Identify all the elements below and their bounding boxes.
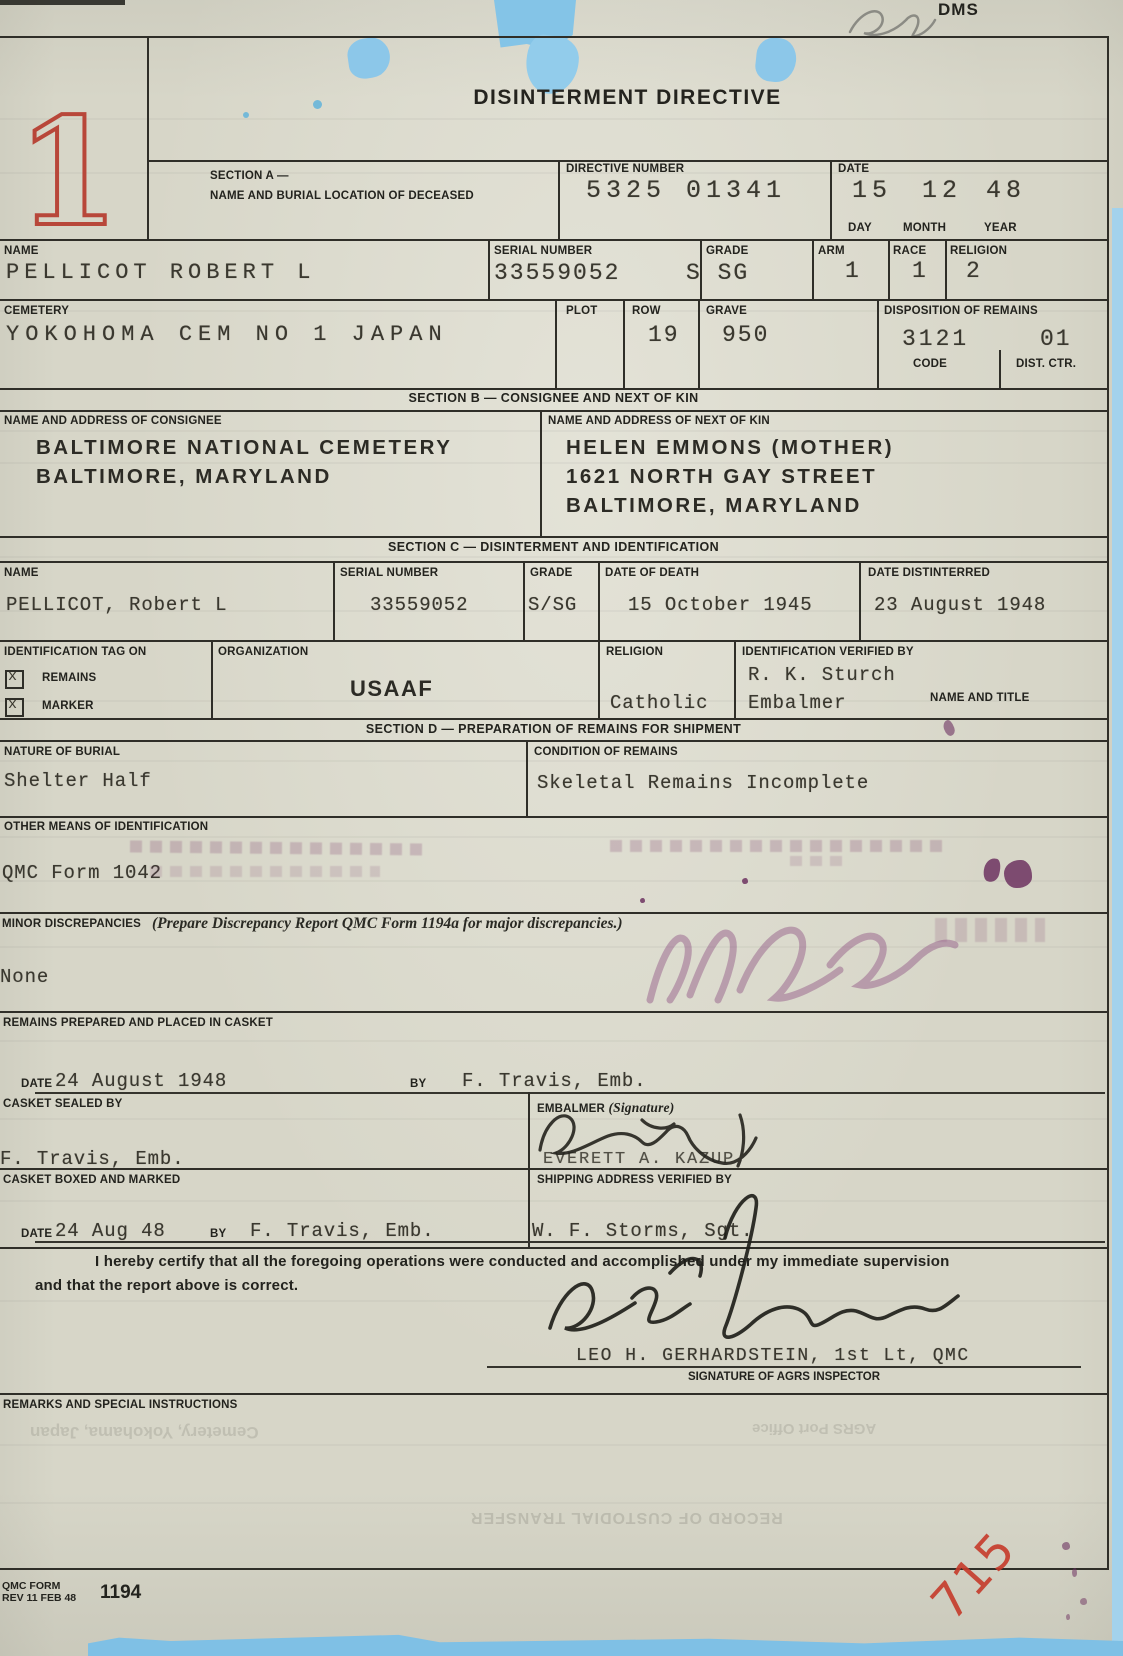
religion-value: 2 [966,258,982,284]
form-rule [0,816,1107,818]
form-rule [999,350,1001,388]
bleed-rule [0,880,1107,882]
prepared-label: REMAINS PREPARED AND PLACED IN CASKET [3,1017,273,1029]
serial-number-label: SERIAL NUMBER [494,245,592,257]
next-of-kin-line: 1621 NORTH GAY STREET [566,465,877,489]
date-of-death-label: DATE OF DEATH [605,567,699,579]
form-rule [888,239,890,299]
next-of-kin-label: NAME AND ADDRESS OF NEXT OF KIN [548,415,770,427]
directive-number-value: 5325 01341 [586,176,786,205]
form-rule [555,299,557,388]
discrepancies-value: None [0,966,49,988]
remains-checkbox-label: REMAINS [42,672,96,684]
date-disinterred-value: 23 August 1948 [874,594,1046,616]
name-value: PELLICOT ROBERT L [6,260,315,285]
next-of-kin-line: HELEN EMMONS (MOTHER) [566,436,894,460]
remains-checkbox-mark: x [8,668,17,685]
form-rule [734,640,736,718]
next-of-kin-line: BALTIMORE, MARYLAND [566,494,862,518]
consignee-label: NAME AND ADDRESS OF CONSIGNEE [4,415,222,427]
prepared-by-value: F. Travis, Emb. [462,1070,647,1092]
inspector-signature-caption: SIGNATURE OF AGRS INSPECTOR [487,1371,1081,1383]
nature-of-burial-value: Shelter Half [4,770,152,792]
form-rule [526,740,528,816]
date-year-value: 48 [986,176,1026,205]
bleed-rule [0,556,1107,558]
consignee-line: BALTIMORE NATIONAL CEMETERY [36,436,452,460]
grave-value: 950 [722,322,769,348]
inspector-typed-name: LEO H. GERHARDSTEIN, 1st Lt, QMC [576,1346,970,1366]
boxed-date-value: 24 Aug 48 [55,1220,166,1242]
red-page-number-stamp: 1 [18,92,118,252]
form-rule [558,160,560,241]
discrepancies-label: MINOR DISCREPANCIES [2,918,141,930]
date-label: DATE [838,163,869,175]
form-rule [487,1366,1081,1368]
blue-tape-right-edge [1112,208,1123,1656]
form-rule [1107,36,1109,1570]
organization-value: USAAF [350,676,433,702]
scan-edge-mark [0,0,125,5]
marker-checkbox-mark: x [8,696,17,713]
section-d-header: SECTION D — PREPARATION OF REMAINS FOR S… [0,722,1107,736]
purple-ink-speck [1066,1614,1070,1620]
purple-stamp-bleed [610,840,950,852]
red-handwritten-number: 715 [920,1521,1027,1631]
dms-code: DMS [938,0,979,20]
bleed-rule [0,462,1107,464]
arm-label: ARM [818,245,845,257]
day-label: DAY [848,222,872,234]
c-name-label: NAME [4,567,39,579]
form-rule [598,561,600,640]
purple-ink-speck [1080,1598,1087,1605]
c-religion-value: Catholic [610,692,708,714]
form-rule [0,239,1107,241]
casket-sealed-value: F. Travis, Emb. [0,1148,185,1170]
serial-number-value: 33559052 [494,260,620,286]
bleed-rule [0,760,1107,762]
form-rule [0,1393,1107,1395]
name-and-title-label: NAME AND TITLE [930,692,1029,704]
form-rule [0,561,1107,563]
purple-scribble [630,905,980,1017]
disposition-code-label: CODE [913,358,947,370]
form-rule [35,1092,1105,1094]
date-day-value: 15 [852,176,892,205]
marker-checkbox-label: MARKER [42,700,94,712]
boxed-by-label: BY [210,1228,226,1240]
other-id-value: QMC Form 1042 [2,862,162,884]
remains-checkbox: x [5,670,24,689]
form-rule [147,36,149,241]
form-title: DISINTERMENT DIRECTIVE [148,86,1107,110]
bleedthrough-text: AGRS Port Office [752,1420,876,1437]
purple-stamp-bleed [130,840,430,855]
section-a-label: SECTION A — [210,170,289,182]
form-rule [211,640,213,718]
form-rule [0,718,1107,720]
form-rule [0,388,1107,390]
verified-by-label: IDENTIFICATION VERIFIED BY [742,646,914,658]
form-rule [523,561,525,640]
section-a-sublabel: NAME AND BURIAL LOCATION OF DECEASED [210,190,474,202]
form-id-line1: QMC FORM [2,1580,76,1592]
purple-ink-speck [1062,1542,1070,1550]
form-number: 1194 [100,1582,141,1604]
purple-stamp-bleed [790,856,850,866]
form-rule [0,740,1107,742]
form-rule [877,299,879,388]
c-serial-label: SERIAL NUMBER [340,567,438,579]
cemetery-value: YOKOHOMA CEM NO 1 JAPAN [6,322,448,347]
grave-label: GRAVE [706,305,747,317]
c-grade-value: S/SG [528,594,577,616]
bleedthrough-text: RECORD OF CUSTODIAL TRANSFER [470,1508,783,1526]
form-rule [0,536,1107,538]
date-month-value: 12 [922,176,962,205]
grade-label: GRADE [706,245,749,257]
form-rule [333,561,335,640]
bleedthrough-text: Cemetery, Yokohama, Japan [30,1422,259,1442]
casket-sealed-label: CASKET SEALED BY [3,1098,123,1110]
form-rule [945,239,947,299]
arm-value: 1 [845,258,861,284]
casket-boxed-label: CASKET BOXED AND MARKED [3,1174,180,1186]
verified-by-title: Embalmer [748,692,846,714]
c-name-value: PELLICOT, Robert L [6,594,227,616]
form-rule [147,160,1107,162]
form-rule [623,299,625,388]
certification-line2: and that the report above is correct. [35,1277,298,1294]
bleed-rule [0,1040,1107,1042]
directive-number-label: DIRECTIVE NUMBER [566,163,684,175]
form-rule [598,640,600,718]
boxed-by-value: F. Travis, Emb. [250,1220,435,1242]
date-disinterred-label: DATE DISTINTERRED [868,567,990,579]
religion-label: RELIGION [950,245,1007,257]
bleed-rule [0,118,1107,120]
blue-tape-drop [345,35,392,80]
form-rule [540,410,542,536]
form-id-block: QMC FORM REV 11 FEB 48 [2,1580,76,1604]
plot-label: PLOT [566,305,597,317]
purple-ink-speck [640,898,645,903]
other-id-label: OTHER MEANS OF IDENTIFICATION [4,821,208,833]
c-serial-value: 33559052 [370,594,468,616]
race-label: RACE [893,245,926,257]
inspector-signature [520,1178,990,1358]
disposition-dist-value: 01 [1040,326,1072,352]
row-value: 19 [648,322,680,348]
nature-of-burial-label: NATURE OF BURIAL [4,746,120,758]
blue-tape-bottom-edge [88,1633,1123,1656]
form-rule [0,1168,1107,1170]
organization-label: ORGANIZATION [218,646,308,658]
name-label: NAME [4,245,39,257]
section-b-header: SECTION B — CONSIGNEE AND NEXT OF KIN [0,391,1107,405]
disposition-code-value: 3121 [902,326,969,352]
marker-checkbox: x [5,698,24,717]
condition-of-remains-label: CONDITION OF REMAINS [534,746,678,758]
consignee-line: BALTIMORE, MARYLAND [36,465,332,489]
form-rule [488,239,490,299]
c-grade-label: GRADE [530,567,573,579]
prepared-date-label: DATE [21,1078,52,1090]
purple-ink-blot [1004,860,1032,888]
form-rule [0,410,1107,412]
prepared-date-value: 24 August 1948 [55,1070,227,1092]
bleed-rule [0,836,1107,838]
prepared-by-label: BY [410,1078,426,1090]
discrepancies-note: (Prepare Discrepancy Report QMC Form 119… [152,915,623,933]
purple-stamp-bleed [150,866,380,877]
scanned-form-page: DMS 1 DISINTERMENT DIRECTIVE SECTION A —… [0,0,1123,1656]
form-rule [812,239,814,299]
form-rule [830,160,832,241]
section-c-header: SECTION C — DISINTERMENT AND IDENTIFICAT… [0,540,1107,554]
remarks-label: REMARKS AND SPECIAL INSTRUCTIONS [3,1399,238,1411]
purple-ink-speck [1072,1568,1077,1577]
boxed-date-label: DATE [21,1228,52,1240]
form-rule [859,561,861,640]
form-rule [0,640,1107,642]
date-of-death-value: 15 October 1945 [628,594,813,616]
race-value: 1 [912,258,928,284]
bleed-rule [0,430,1107,432]
embalmer-signature [532,1100,782,1172]
month-label: MONTH [903,222,946,234]
form-id-line2: REV 11 FEB 48 [2,1592,76,1604]
bleed-rule [0,1502,1107,1504]
verified-by-name: R. K. Sturch [748,664,896,686]
form-rule [0,299,1107,301]
disposition-dist-label: DIST. CTR. [1016,358,1076,370]
bleed-rule [0,1444,1107,1446]
form-rule [698,299,700,388]
row-label: ROW [632,305,661,317]
purple-ink-speck [742,878,748,884]
form-rule [0,36,1109,38]
cemetery-label: CEMETERY [4,305,69,317]
id-tag-label: IDENTIFICATION TAG ON [4,646,146,658]
disposition-label: DISPOSITION OF REMAINS [884,305,1038,317]
c-religion-label: RELIGION [606,646,663,658]
year-label: YEAR [984,222,1017,234]
grade-value: S SG [686,260,749,286]
bleed-rule [0,172,1107,174]
condition-of-remains-value: Skeletal Remains Incomplete [537,772,869,794]
page-stamp-digit: 1 [17,85,120,259]
blue-tape-drop [754,36,798,84]
blue-speck [243,112,249,118]
